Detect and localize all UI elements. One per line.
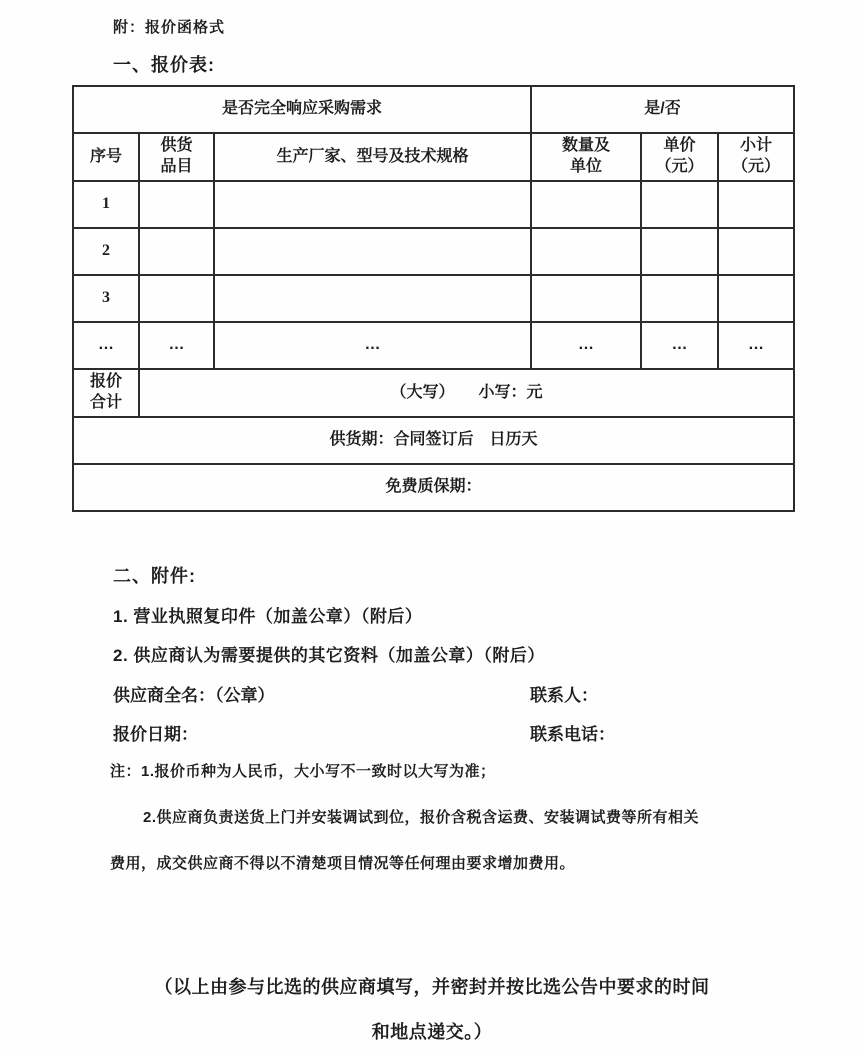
notes-section: 注：1.报价币种为人民币，大小写不一致时以大写为准； 2.供应商负责送货上门并安… — [0, 760, 864, 873]
spec-cell — [214, 228, 531, 275]
attachment-item-1: 1. 营业执照复印件（加盖公章）（附后） — [113, 602, 864, 627]
quote-date-label: 报价日期： — [113, 725, 198, 744]
quotation-table: 是否完全响应采购需求 是/否 序号 供货 品目 生产厂家、型号及技术规格 数量及… — [72, 85, 795, 512]
header-response-requirement: 是否完全响应采购需求 — [73, 86, 531, 133]
unit-price-cell — [641, 181, 718, 228]
item-cell — [139, 181, 214, 228]
note-line-2: 2.供应商负责送货上门并安装调试到位，报价含税含运费、安装调试费等所有相关 — [143, 806, 864, 827]
note-line-3: 费用，成交供应商不得以不清楚项目情况等任何理由要求增加费用。 — [110, 852, 864, 873]
table-row-delivery: 供货期：合同签订后 日历天 — [73, 417, 794, 464]
footer-instruction-line-2: 和地点递交。） — [0, 1010, 864, 1055]
document-page: 附：报价函格式 一、报价表: 是否完全响应采购需求 是/否 序号 供货 品目 生… — [0, 0, 864, 1055]
subtotal-cell — [718, 181, 794, 228]
table-row-ellipsis: … … … … … … — [73, 322, 794, 369]
attachment-label: 附：报价函格式 — [113, 16, 864, 37]
col-header-spec: 生产厂家、型号及技术规格 — [214, 133, 531, 181]
table-row-1: 1 — [73, 181, 794, 228]
table-row-warranty: 免费质保期： — [73, 464, 794, 511]
total-label-cell: 报价 合计 — [73, 369, 139, 417]
spec-cell — [214, 275, 531, 322]
unit-price-cell — [641, 275, 718, 322]
contact-person-label: 联系人： — [530, 681, 598, 706]
total-value-cell: （大写） 小写：元 — [139, 369, 794, 417]
supplier-name-row: 供应商全名：（公章） 联系人： — [113, 681, 864, 705]
qty-cell — [531, 181, 641, 228]
col-header-qty: 数量及 单位 — [531, 133, 641, 181]
delivery-period-cell: 供货期：合同签订后 日历天 — [73, 417, 794, 464]
seq-cell: … — [73, 322, 139, 369]
footer-instruction-line-1: （以上由参与比选的供应商填写，并密封并按比选公告中要求的时间 — [0, 965, 864, 1010]
col-header-unit-price: 单价 （元） — [641, 133, 718, 181]
item-cell — [139, 275, 214, 322]
section1-title: 一、报价表: — [113, 51, 864, 77]
table-header-row-requirement: 是否完全响应采购需求 是/否 — [73, 86, 794, 133]
supplier-name-label: 供应商全名：（公章） — [113, 686, 275, 705]
spec-cell: … — [214, 322, 531, 369]
table-row-3: 3 — [73, 275, 794, 322]
contact-phone-label: 联系电话： — [530, 720, 615, 745]
quote-date-row: 报价日期： 联系电话： — [113, 720, 864, 744]
seq-cell: 2 — [73, 228, 139, 275]
col-header-item: 供货 品目 — [139, 133, 214, 181]
footer-instruction: （以上由参与比选的供应商填写，并密封并按比选公告中要求的时间 和地点递交。） — [0, 965, 864, 1055]
header-yes-no: 是/否 — [531, 86, 794, 133]
section2-title: 二、附件: — [113, 562, 864, 588]
note-line-1: 注：1.报价币种为人民币，大小写不一致时以大写为准； — [110, 760, 864, 781]
col-header-subtotal: 小计 （元） — [718, 133, 794, 181]
unit-price-cell — [641, 228, 718, 275]
qty-cell — [531, 228, 641, 275]
item-cell: … — [139, 322, 214, 369]
table-row-total: 报价 合计 （大写） 小写：元 — [73, 369, 794, 417]
subtotal-cell — [718, 275, 794, 322]
col-header-seq: 序号 — [73, 133, 139, 181]
table-row-2: 2 — [73, 228, 794, 275]
seq-cell: 1 — [73, 181, 139, 228]
spec-cell — [214, 181, 531, 228]
item-cell — [139, 228, 214, 275]
qty-cell: … — [531, 322, 641, 369]
qty-cell — [531, 275, 641, 322]
table-column-header-row: 序号 供货 品目 生产厂家、型号及技术规格 数量及 单位 单价 （元） 小计 （… — [73, 133, 794, 181]
warranty-period-cell: 免费质保期： — [73, 464, 794, 511]
seq-cell: 3 — [73, 275, 139, 322]
subtotal-cell: … — [718, 322, 794, 369]
attachment-item-2: 2. 供应商认为需要提供的其它资料（加盖公章）（附后） — [113, 641, 864, 666]
subtotal-cell — [718, 228, 794, 275]
unit-price-cell: … — [641, 322, 718, 369]
